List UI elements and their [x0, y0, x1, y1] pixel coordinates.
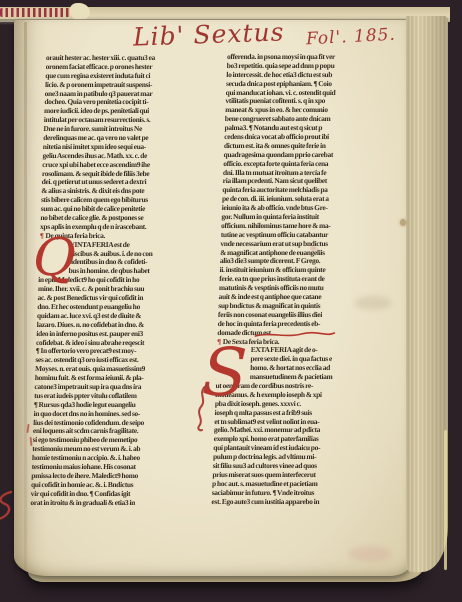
right-text-column: offerenda. in psona moysi in qua fit ver… — [211, 53, 399, 506]
page-text-layer: orauit hester ac. hester xiii. c. quatu3… — [0, 0, 462, 602]
decorated-initial-block: Q VINTA FERIA est depiscibus & auibus. i… — [38, 241, 213, 277]
book-photo: Lib' Sextus Fol'. 185. orauit hester ac.… — [0, 0, 462, 602]
initial-Q: Q — [32, 232, 76, 284]
left-text-column: orauit hester ac. hester xiii. c. quatu3… — [30, 54, 220, 507]
gutter-paraph-flourish — [195, 386, 211, 432]
corner-pen-mark — [0, 490, 17, 522]
column-text: orauit hester ac. hester xiii. c. quatu3… — [40, 54, 220, 232]
stain — [400, 219, 406, 226]
stain — [348, 546, 392, 562]
rubric-underline-flourish — [254, 331, 336, 339]
column-text: offerenda. in psona moysi in qua fit ver… — [217, 53, 399, 338]
stain — [354, 296, 392, 310]
decorated-initial-block: S EXTA FERIA agit de o-pere sexte diei. … — [216, 346, 389, 382]
column-text: in epla Maledict9 ho qui cofidit in homi… — [30, 276, 212, 507]
stain — [310, 246, 317, 251]
running-title: Lib' Sextus — [133, 17, 285, 51]
